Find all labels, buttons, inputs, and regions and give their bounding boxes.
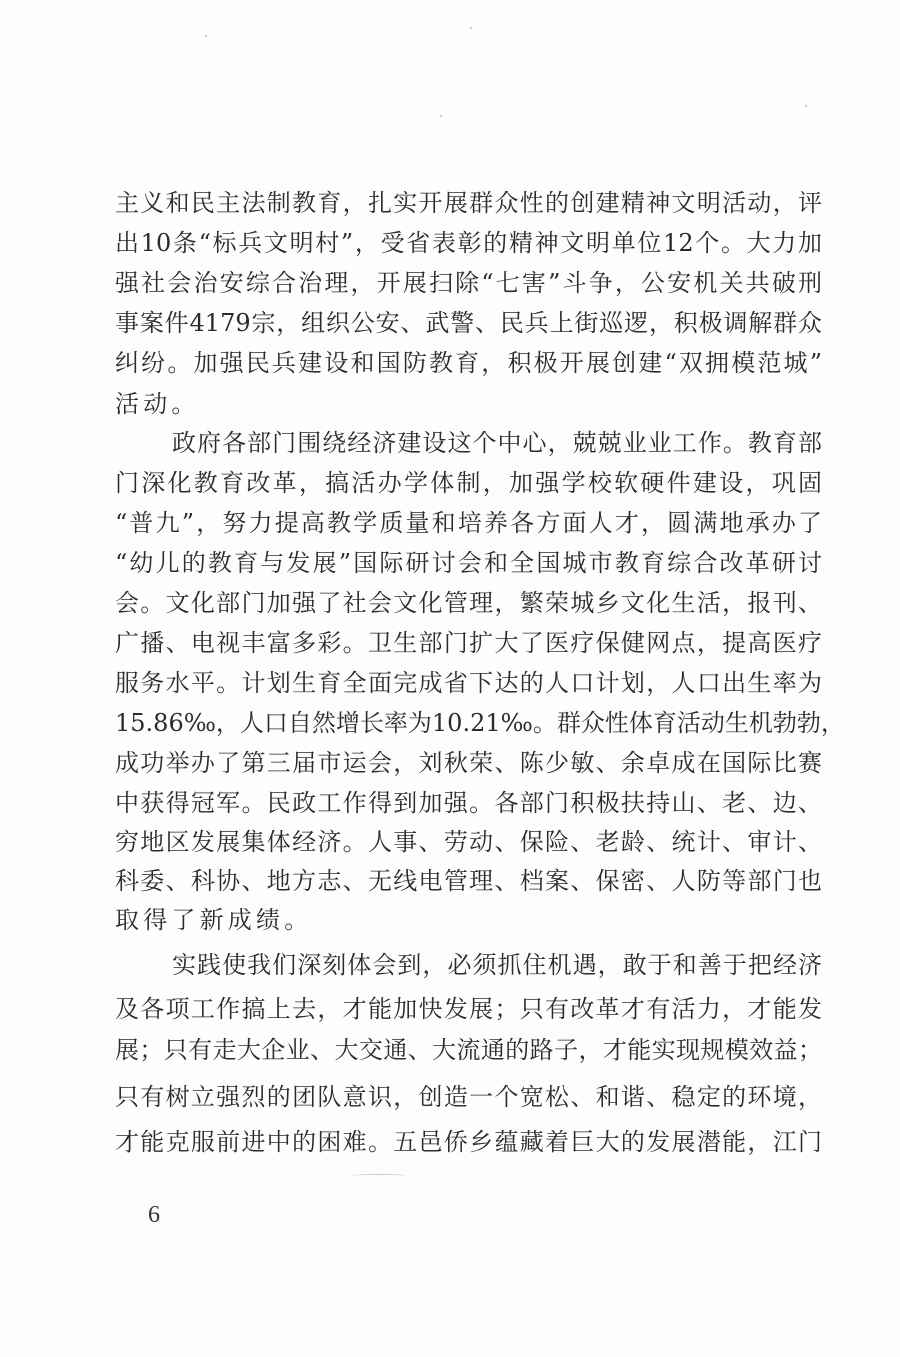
text-line: 科委、科协、地方志、无线电管理、档案、保密、人防等部门也 [115, 861, 822, 901]
text-line: 会。文化部门加强了社会文化管理，繁荣城乡文化生活，报刊、 [115, 583, 822, 623]
text-line: 中获得冠军。民政工作得到加强。各部门积极扶持山、老、边、 [115, 783, 822, 823]
text-line: 纠纷。加强民兵建设和国防教育，积极开展创建“双拥模范城” [115, 343, 822, 383]
pen-mark [352, 1174, 406, 1177]
text-line: “幼儿的教育与发展”国际研讨会和全国城市教育综合改革研讨 [115, 543, 822, 583]
page-number: 6 [148, 1200, 160, 1230]
scan-speck [805, 105, 807, 107]
text-line: 成功举办了第三届市运会，刘秋荣、陈少敏、余卓成在国际比赛 [115, 743, 822, 783]
text-line: 及各项工作搞上去，才能加快发展；只有改革才有活力，才能发 [115, 989, 822, 1029]
scan-speck [470, 27, 472, 29]
paragraph-first-line: 实践使我们深刻体会到，必须抓住机遇，敢于和善于把经济 [172, 945, 822, 985]
text-line: 门深化教育改革，搞活办学体制，加强学校软硬件建设，巩固 [115, 463, 822, 503]
text-line: 出10条“标兵文明村”，受省表彰的精神文明单位12个。大力加 [115, 223, 822, 263]
text-line: 广播、电视丰富多彩。卫生部门扩大了医疗保健网点，提高医疗 [115, 623, 822, 663]
text-line: 只有树立强烈的团队意识，创造一个宽松、和谐、稳定的环境， [115, 1077, 822, 1117]
text-line: 才能克服前进中的困难。五邑侨乡蕴藏着巨大的发展潜能，江门 [115, 1122, 822, 1162]
text-line: 15.86‰，人口自然增长率为10.21‰。群众性体育活动生机勃勃， [115, 703, 822, 743]
text-line: 主义和民主法制教育，扎实开展群众性的创建精神文明活动，评 [115, 183, 822, 223]
text-line: 活动。 [115, 384, 822, 424]
text-line: 服务水平。计划生育全面完成省下达的人口计划，人口出生率为 [115, 663, 822, 703]
text-line: 事案件4179宗，组织公安、武警、民兵上街巡逻，积极调解群众 [115, 303, 822, 343]
text-line: 穷地区发展集体经济。人事、劳动、保险、老龄、统计、审计、 [115, 822, 822, 862]
document-page: 主义和民主法制教育，扎实开展群众性的创建精神文明活动，评 出10条“标兵文明村”… [0, 0, 900, 1357]
text-line: 取得了新成绩。 [115, 900, 822, 940]
scan-speck [205, 35, 207, 37]
scan-speck [440, 115, 442, 117]
paragraph-first-line: 政府各部门围绕经济建设这个中心，兢兢业业工作。教育部 [172, 423, 822, 463]
text-line: 强社会治安综合治理，开展扫除“七害”斗争，公安机关共破刑 [115, 263, 822, 303]
text-line: 展；只有走大企业、大交通、大流通的路子，才能实现规模效益； [115, 1030, 822, 1070]
text-line: “普九”，努力提高教学质量和培养各方面人才，圆满地承办了 [115, 503, 822, 543]
